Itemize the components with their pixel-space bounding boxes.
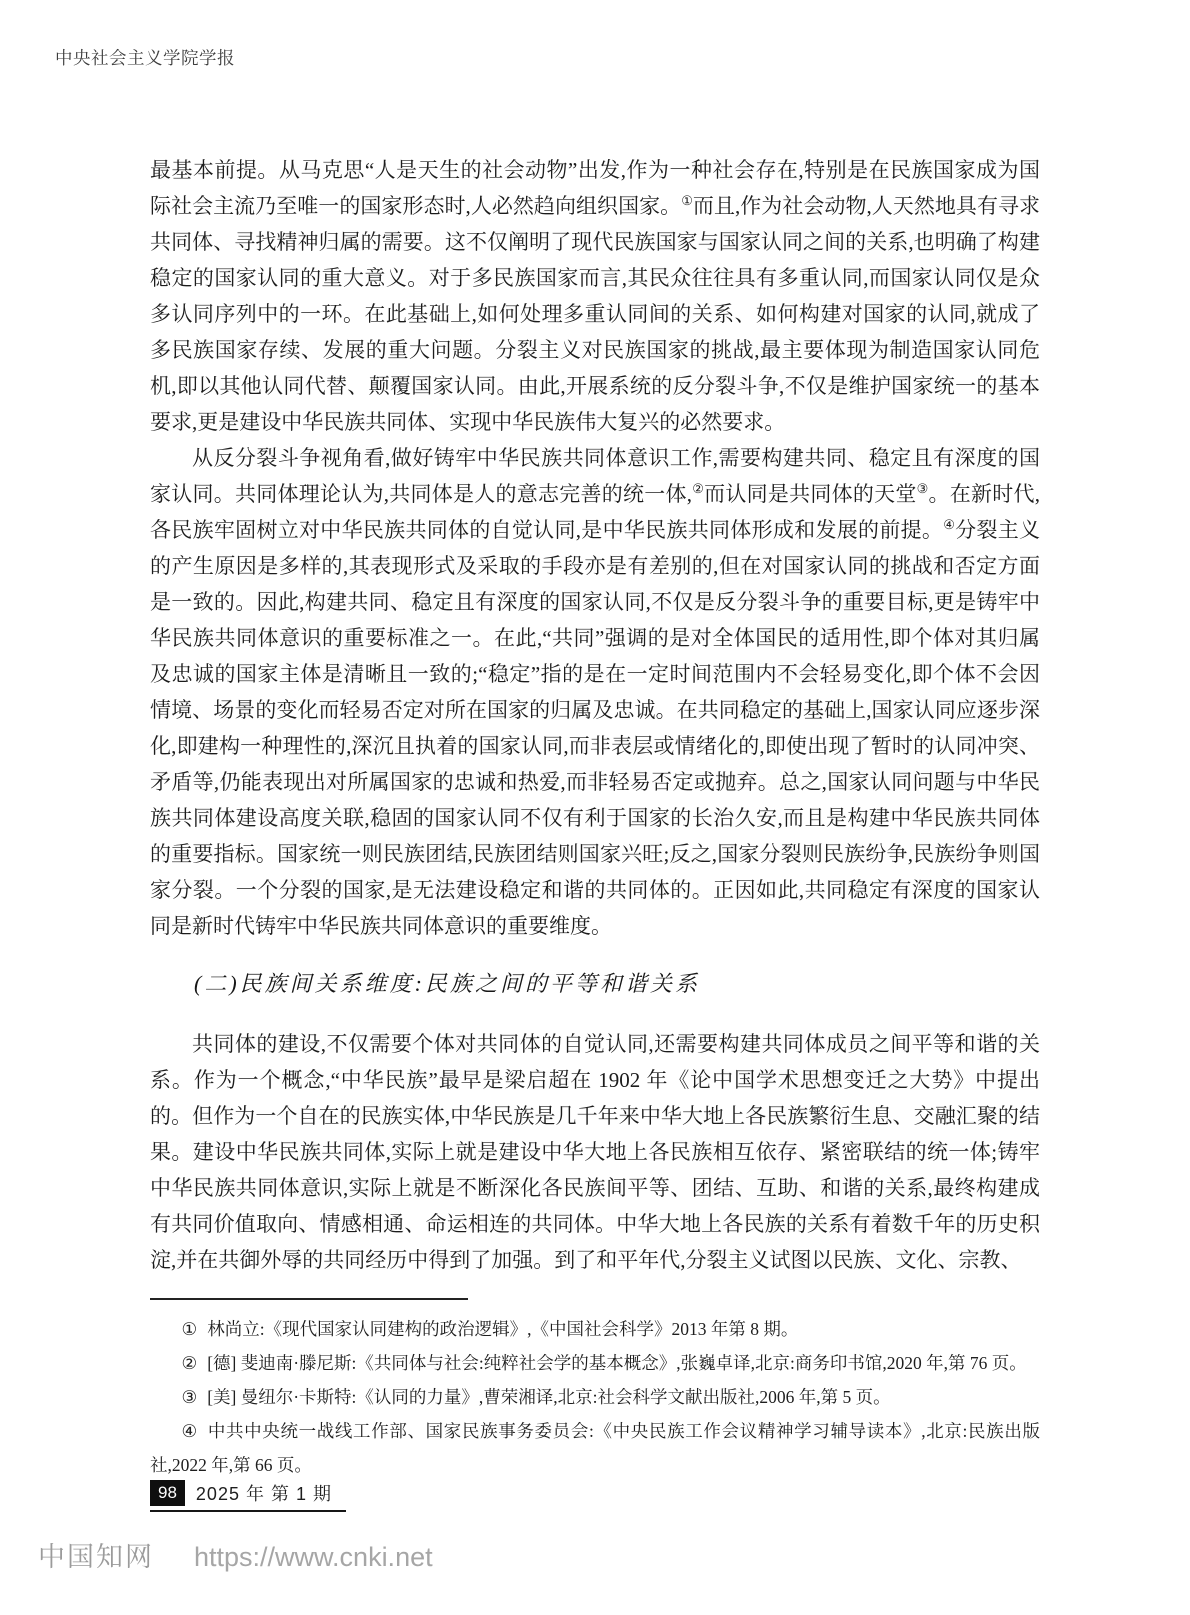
- footnote-marker: ②: [182, 1353, 198, 1373]
- page-number-badge: 98: [150, 1480, 185, 1506]
- footnote-text: [德] 斐迪南·滕尼斯:《共同体与社会:纯粹社会学的基本概念》,张巍卓译,北京:…: [207, 1353, 1027, 1373]
- footnote-text: 中共中央统一战线工作部、国家民族事务委员会:《中央民族工作会议精神学习辅导读本》…: [150, 1421, 1040, 1475]
- footnote-text: 林尚立:《现代国家认同建构的政治逻辑》,《中国社会科学》2013 年第 8 期。: [207, 1319, 798, 1339]
- footnote-text: [美] 曼纽尔·卡斯特:《认同的力量》,曹荣湘译,北京:社会科学文献出版社,20…: [207, 1387, 890, 1407]
- footnote-ref-3: ③: [917, 481, 929, 496]
- paragraph-2-text-b: 而认同是共同体的天堂: [704, 482, 917, 506]
- footnote-item: ③[美] 曼纽尔·卡斯特:《认同的力量》,曹荣湘译,北京:社会科学文献出版社,2…: [150, 1380, 1040, 1414]
- cnki-site-name: 中国知网: [38, 1535, 154, 1574]
- page-footer: 98 2025 年 第 1 期: [150, 1480, 346, 1512]
- footnote-marker: ④: [182, 1421, 198, 1441]
- footnote-ref-2: ②: [692, 481, 704, 496]
- journal-page: 中央社会主义学院学报 最基本前提。从马克思“人是天生的社会动物”出发,作为一种社…: [0, 0, 1190, 1615]
- section-heading: (二)民族间关系维度:民族之间的平等和谐关系: [150, 964, 1040, 1004]
- footnote-ref-4: ④: [943, 517, 955, 532]
- footnote-item: ④中共中央统一战线工作部、国家民族事务委员会:《中央民族工作会议精神学习辅导读本…: [150, 1414, 1040, 1482]
- footnotes-block: ①林尚立:《现代国家认同建构的政治逻辑》,《中国社会科学》2013 年第 8 期…: [150, 1312, 1040, 1482]
- footnote-item: ②[德] 斐迪南·滕尼斯:《共同体与社会:纯粹社会学的基本概念》,张巍卓译,北京…: [150, 1346, 1040, 1380]
- footnote-item: ①林尚立:《现代国家认同建构的政治逻辑》,《中国社会科学》2013 年第 8 期…: [150, 1312, 1040, 1346]
- paragraph-3: 共同体的建设,不仅需要个体对共同体的自觉认同,还需要构建共同体成员之间平等和谐的…: [150, 1026, 1040, 1278]
- paragraph-1-text-b: 而且,作为社会动物,人天然地具有寻求共同体、寻找精神归属的需要。这不仅阐明了现代…: [150, 194, 1040, 434]
- cnki-url: https://www.cnki.net: [194, 1542, 433, 1573]
- journal-title-header: 中央社会主义学院学报: [55, 45, 235, 70]
- footnote-marker: ③: [182, 1387, 198, 1407]
- paragraph-2: 从反分裂斗争视角看,做好铸牢中华民族共同体意识工作,需要构建共同、稳定且有深度的…: [150, 440, 1040, 944]
- footnote-marker: ①: [182, 1319, 198, 1339]
- paragraph-1: 最基本前提。从马克思“人是天生的社会动物”出发,作为一种社会存在,特别是在民族国…: [150, 152, 1040, 440]
- article-body: 最基本前提。从马克思“人是天生的社会动物”出发,作为一种社会存在,特别是在民族国…: [150, 152, 1040, 1482]
- cnki-watermark: 中国知网 https://www.cnki.net: [38, 1535, 433, 1574]
- paragraph-2-text-d: 分裂主义的产生原因是多样的,其表现形式及采取的手段亦是有差别的,但在对国家认同的…: [150, 518, 1040, 938]
- footnote-separator: [150, 1298, 468, 1300]
- issue-label: 2025 年 第 1 期: [196, 1480, 332, 1506]
- footnote-ref-1: ①: [681, 193, 693, 208]
